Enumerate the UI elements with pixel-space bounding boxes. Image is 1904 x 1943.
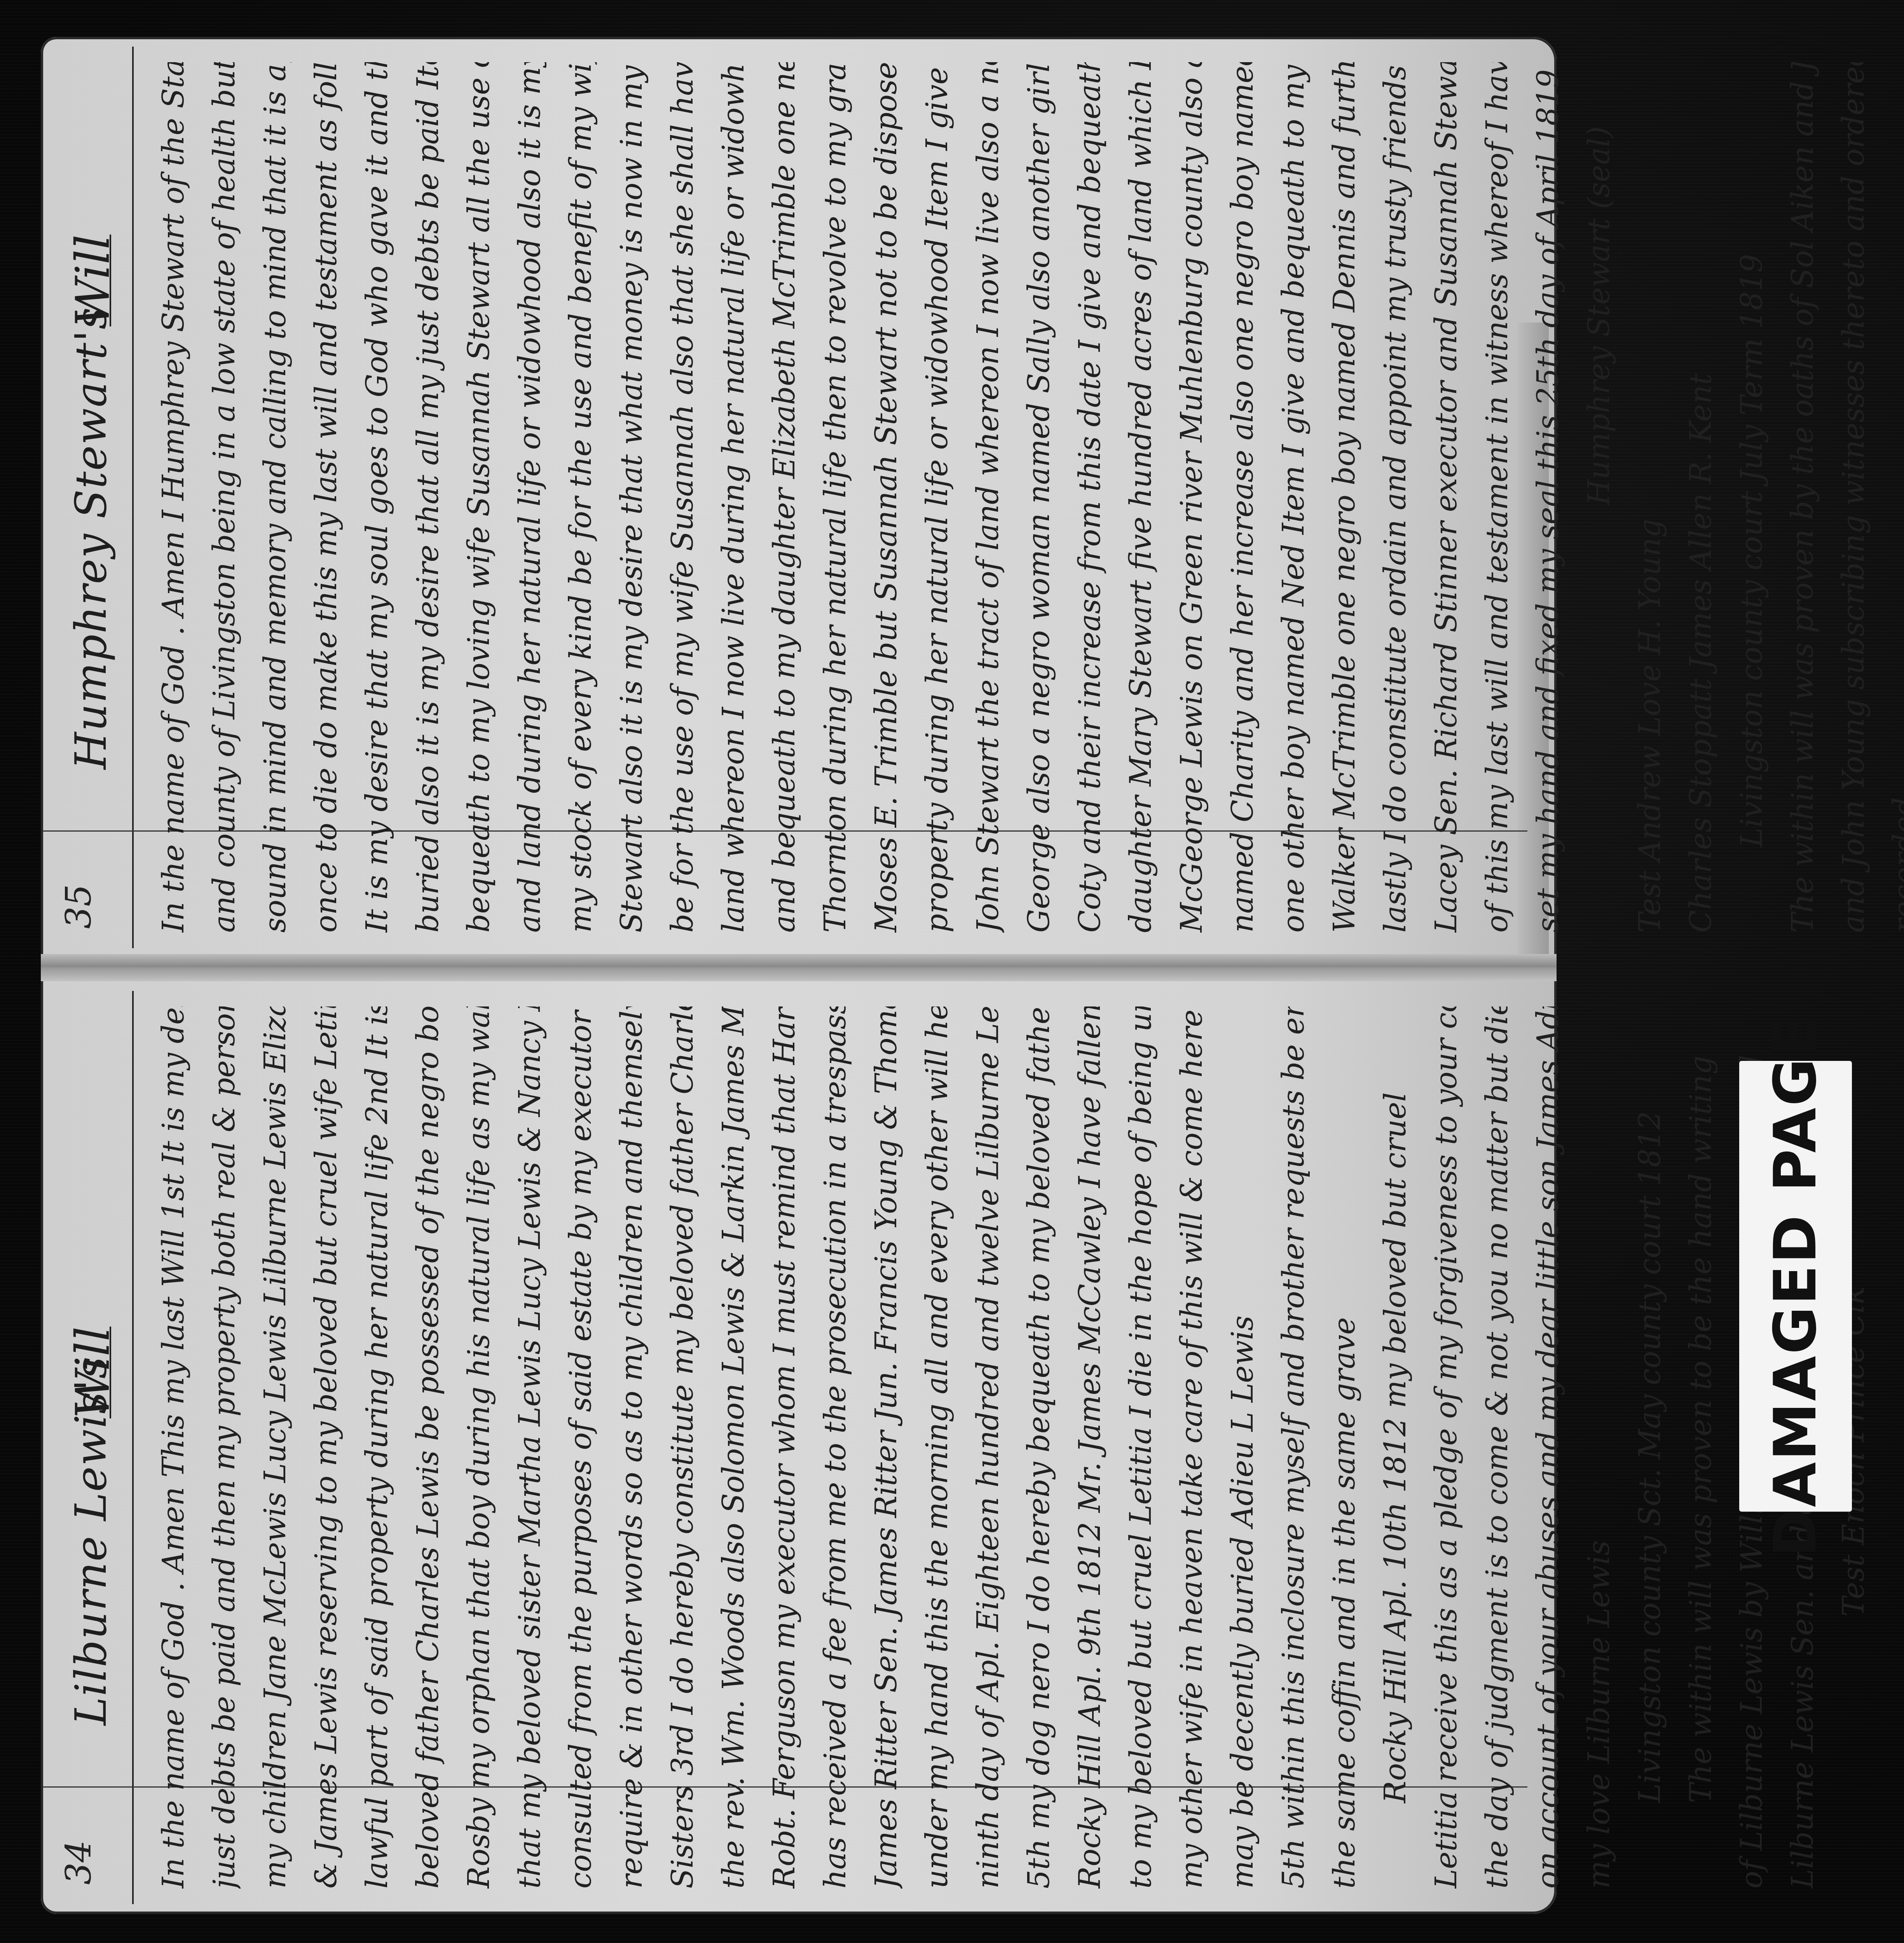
text-line: under my hand this the morning all and e…	[911, 1006, 962, 1889]
text-line: named Charity and her increase also one …	[1217, 62, 1268, 933]
text-line: may be decently buried Adieu L Lewis	[1217, 1006, 1268, 1889]
text-line: Moses E. Trimble but Susannah Stewart no…	[860, 62, 911, 933]
text-line: and land during her natural life or wido…	[504, 62, 555, 933]
text-line: It is my desire that my soul goes to God…	[351, 62, 402, 933]
text-line: my other wife in heaven take care of thi…	[1166, 1006, 1217, 1889]
text-line: Letitia receive this as a pledge of my f…	[1421, 1006, 1471, 1889]
text-line: the rev. Wm. Woods also Solomon Lewis & …	[708, 1006, 759, 1889]
header-rule	[132, 47, 134, 948]
text-line: In the name of God . Amen I Humphrey Ste…	[148, 62, 199, 933]
text-line: Robt. Ferguson my executor whom I must r…	[759, 1006, 810, 1889]
text-line: Lacey Sen. Richard Stinner executor and …	[1421, 62, 1471, 933]
text-line: Rocky Hill Apl. 10th 1812 my beloved but…	[1370, 1006, 1421, 1889]
text-line: land whereon I now live during her natur…	[708, 62, 759, 933]
book-gutter	[41, 954, 1557, 981]
court-attestation: Livingston county court July Term 1819	[1726, 62, 1777, 933]
page-number: 34	[58, 1840, 99, 1885]
text-line: once to die do make this my last will an…	[300, 62, 351, 933]
page-number: 35	[58, 884, 99, 929]
text-line: be for the use of my wife Susannah also …	[657, 62, 708, 933]
text-line: Walker McTrimble one negro boy named Den…	[1319, 62, 1370, 933]
text-line: the day of judgment is to come & not you…	[1471, 1006, 1522, 1889]
text-line: set my hand and fixed my seal this 25th …	[1522, 62, 1573, 933]
text-line: 5th my dog nero I do hereby bequeath to …	[1013, 1006, 1064, 1889]
text-line: Stewart also it is my desire that what m…	[606, 62, 657, 933]
text-line: Sisters 3rd I do hereby constitute my be…	[657, 1006, 708, 1889]
text-line: that my beloved sister Martha Lewis Lucy…	[504, 1006, 555, 1889]
will-title: Humphrey Stewart's	[66, 307, 116, 769]
court-attestation: recorded	[1879, 62, 1904, 933]
will-heading: Will	[66, 1327, 120, 1418]
testator-signature: my love Lilburne Lewis	[1573, 1006, 1624, 1889]
page-35: 35 Humphrey Stewart's Will In the name o…	[43, 47, 1527, 948]
witness-line: Charles Stoppatt James Allen R. Kent	[1675, 62, 1726, 933]
damaged-page-card: DAMAGED PAGE	[1739, 1061, 1852, 1512]
court-attestation: The within will was proven by the oaths …	[1777, 62, 1828, 933]
text-line: require & in other words so as to my chi…	[606, 1006, 657, 1889]
text-line: my stock of every kind be for the use an…	[555, 62, 606, 933]
court-attestation: and John Young subscribing witnesses the…	[1828, 62, 1879, 933]
header-rule	[132, 991, 134, 1904]
testator-signature: Humphrey Stewart (seal)	[1573, 62, 1624, 933]
court-attestation: The within will was proven to be the han…	[1675, 1006, 1726, 1889]
text-line: just debts be paid and then my property …	[199, 1006, 250, 1889]
will-body: In the name of God . Amen This my last W…	[148, 1006, 1879, 1889]
text-line: lastly I do constitute ordain and appoin…	[1370, 62, 1421, 933]
text-line: McGeorge Lewis on Green river Muhlenburg…	[1166, 62, 1217, 933]
text-line: bequeath to my loving wife Susannah Stew…	[453, 62, 504, 933]
text-line: daughter Mary Stewart five hundred acres…	[1115, 62, 1166, 933]
text-line: John Stewart the tract of land whereon I…	[962, 62, 1013, 933]
text-line: In the name of God . Amen This my last W…	[148, 1006, 199, 1889]
witness-line: Test Andrew Love H. Young	[1624, 62, 1675, 933]
will-body: In the name of God . Amen I Humphrey Ste…	[148, 62, 1904, 933]
court-attestation: Livingston county Sct. May county court …	[1624, 1006, 1675, 1889]
text-line: the same coffin and in the same grave	[1319, 1006, 1370, 1889]
damaged-page-label: DAMAGED PAGE	[1762, 1015, 1829, 1557]
text-line: & James Lewis reserving to my beloved bu…	[300, 1006, 351, 1889]
will-heading: Will	[66, 235, 120, 326]
text-line: one other boy named Ned Item I give and …	[1268, 62, 1319, 933]
text-line: ninth day of Apl. Eighteen hundred and t…	[962, 1006, 1013, 1889]
text-line: to my beloved but cruel Letitia I die in…	[1115, 1006, 1166, 1889]
text-line: consulted from the purposes of said esta…	[555, 1006, 606, 1889]
text-line: Rosby my orphan that boy during his natu…	[453, 1006, 504, 1889]
text-line: 5th within this inclosure myself and bro…	[1268, 1006, 1319, 1889]
text-line: sound in mind and memory and calling to …	[250, 62, 300, 933]
text-line: Rocky Hill Apl. 9th 1812 Mr. James McCaw…	[1064, 1006, 1115, 1889]
text-line: and county of Livingston being in a low …	[199, 62, 250, 933]
text-line: Coty and their increase from this date I…	[1064, 62, 1115, 933]
text-line: buried also it is my desire that all my …	[402, 62, 453, 933]
text-line: and bequeath to my daughter Elizabeth Mc…	[759, 62, 810, 933]
text-line: beloved father Charles Lewis be possesse…	[402, 1006, 453, 1889]
text-line: lawful part of said property during her …	[351, 1006, 402, 1889]
text-line: has received a fee from me to the prosec…	[810, 1006, 860, 1889]
text-line: my children Jane McLewis Lucy Lewis Lilb…	[250, 1006, 300, 1889]
page-34: 34 Lilburne Lewis's Will In the name of …	[43, 991, 1527, 1904]
text-line: property during her natural life or wido…	[911, 62, 962, 933]
text-line: James Ritter Sen. James Ritter Jun. Fran…	[860, 1006, 911, 1889]
text-line: Thornton during her natural life then to…	[810, 62, 860, 933]
text-line: George also a negro woman named Sally al…	[1013, 62, 1064, 933]
text-line: on account of your abuses and my dear li…	[1522, 1006, 1573, 1889]
text-line: of this my last will and testament in wi…	[1471, 62, 1522, 933]
